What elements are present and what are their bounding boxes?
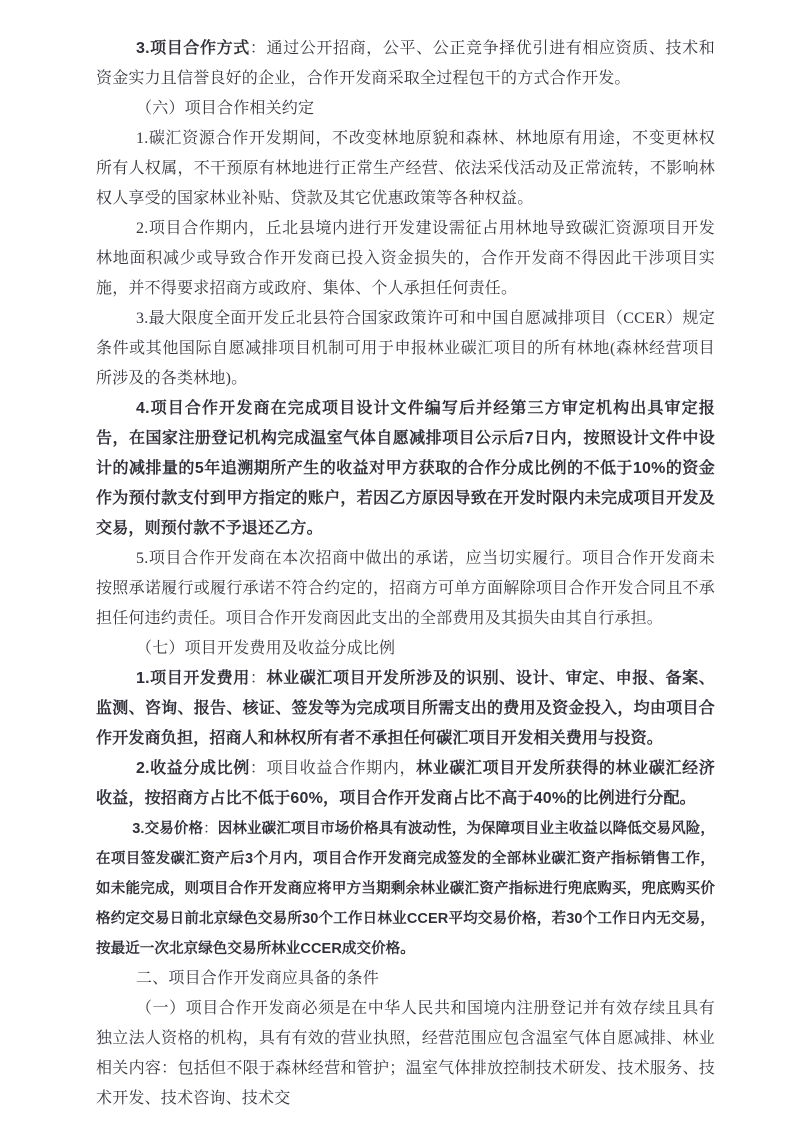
text-run: 2.收益分成比例 — [136, 760, 250, 777]
paragraph: 3.交易价格：因林业碳汇项目市场价格具有波动性，为保障项目业主收益以降低交易风险… — [96, 814, 715, 964]
document-content: 3.项目合作方式：通过公开招商，公平、公正竞争择优引进有相应资质、技术和资金实力… — [96, 34, 715, 1114]
document-page: 3.项目合作方式：通过公开招商，公平、公正竞争择优引进有相应资质、技术和资金实力… — [0, 0, 793, 1122]
paragraph: （一）项目合作开发商必须是在中华人民共和国境内注册登记并有效存续且具有独立法人资… — [96, 994, 715, 1114]
text-run: 5.项目合作开发商在本次招商中做出的承诺，应当切实履行。项目合作开发商未按照承诺… — [96, 550, 715, 627]
paragraph: 5.项目合作开发商在本次招商中做出的承诺，应当切实履行。项目合作开发商未按照承诺… — [96, 544, 715, 634]
section-heading: （七）项目开发费用及收益分成比例 — [96, 634, 715, 664]
text-run: 3.最大限度全面开发丘北县符合国家政策许可和中国自愿减排项目（CCER）规定条件… — [96, 310, 715, 387]
paragraph: 2.项目合作期内，丘北县境内进行开发建设需征占用林地导致碳汇资源项目开发林地面积… — [96, 214, 715, 304]
text-run: 因林业碳汇项目市场价格具有波动性，为保障项目业主收益以降低交易风险，在项目签发碳… — [96, 821, 715, 957]
text-run: （六）项目合作相关约定 — [136, 100, 314, 117]
paragraph: 3.项目合作方式：通过公开招商，公平、公正竞争择优引进有相应资质、技术和资金实力… — [96, 34, 715, 94]
text-run: ： — [203, 821, 218, 837]
text-run: 1.项目开发费用 — [136, 670, 250, 687]
paragraph: 1.项目开发费用：林业碳汇项目开发所涉及的识别、设计、审定、申报、备案、监测、咨… — [96, 664, 715, 754]
text-run: 二、项目合作开发商应具备的条件 — [136, 970, 379, 987]
section-heading: 二、项目合作开发商应具备的条件 — [96, 964, 715, 994]
text-run: ： — [250, 670, 267, 687]
paragraph: 3.最大限度全面开发丘北县符合国家政策许可和中国自愿减排项目（CCER）规定条件… — [96, 304, 715, 394]
text-run: 4.项目合作开发商在完成项目设计文件编写后并经第三方审定机构出具审定报告，在国家… — [96, 400, 715, 537]
paragraph: 1.碳汇资源合作开发期间，不改变林地原貌和森林、林地原有用途，不变更林权所有人权… — [96, 124, 715, 214]
text-run: 3.项目合作方式 — [136, 40, 250, 57]
text-run: 1.碳汇资源合作开发期间，不改变林地原貌和森林、林地原有用途，不变更林权所有人权… — [96, 130, 715, 207]
paragraph: 2.收益分成比例：项目收益合作期内，林业碳汇项目开发所获得的林业碳汇经济收益，按… — [96, 754, 715, 814]
text-run: 2.项目合作期内，丘北县境内进行开发建设需征占用林地导致碳汇资源项目开发林地面积… — [96, 220, 715, 297]
text-run: （七）项目开发费用及收益分成比例 — [136, 640, 395, 657]
text-run: 3.交易价格 — [132, 821, 203, 837]
text-run: ：项目收益合作期内， — [250, 760, 416, 777]
text-run: （一）项目合作开发商必须是在中华人民共和国境内注册登记并有效存续且具有独立法人资… — [96, 1000, 715, 1107]
section-heading: （六）项目合作相关约定 — [96, 94, 715, 124]
paragraph: 4.项目合作开发商在完成项目设计文件编写后并经第三方审定机构出具审定报告，在国家… — [96, 394, 715, 544]
